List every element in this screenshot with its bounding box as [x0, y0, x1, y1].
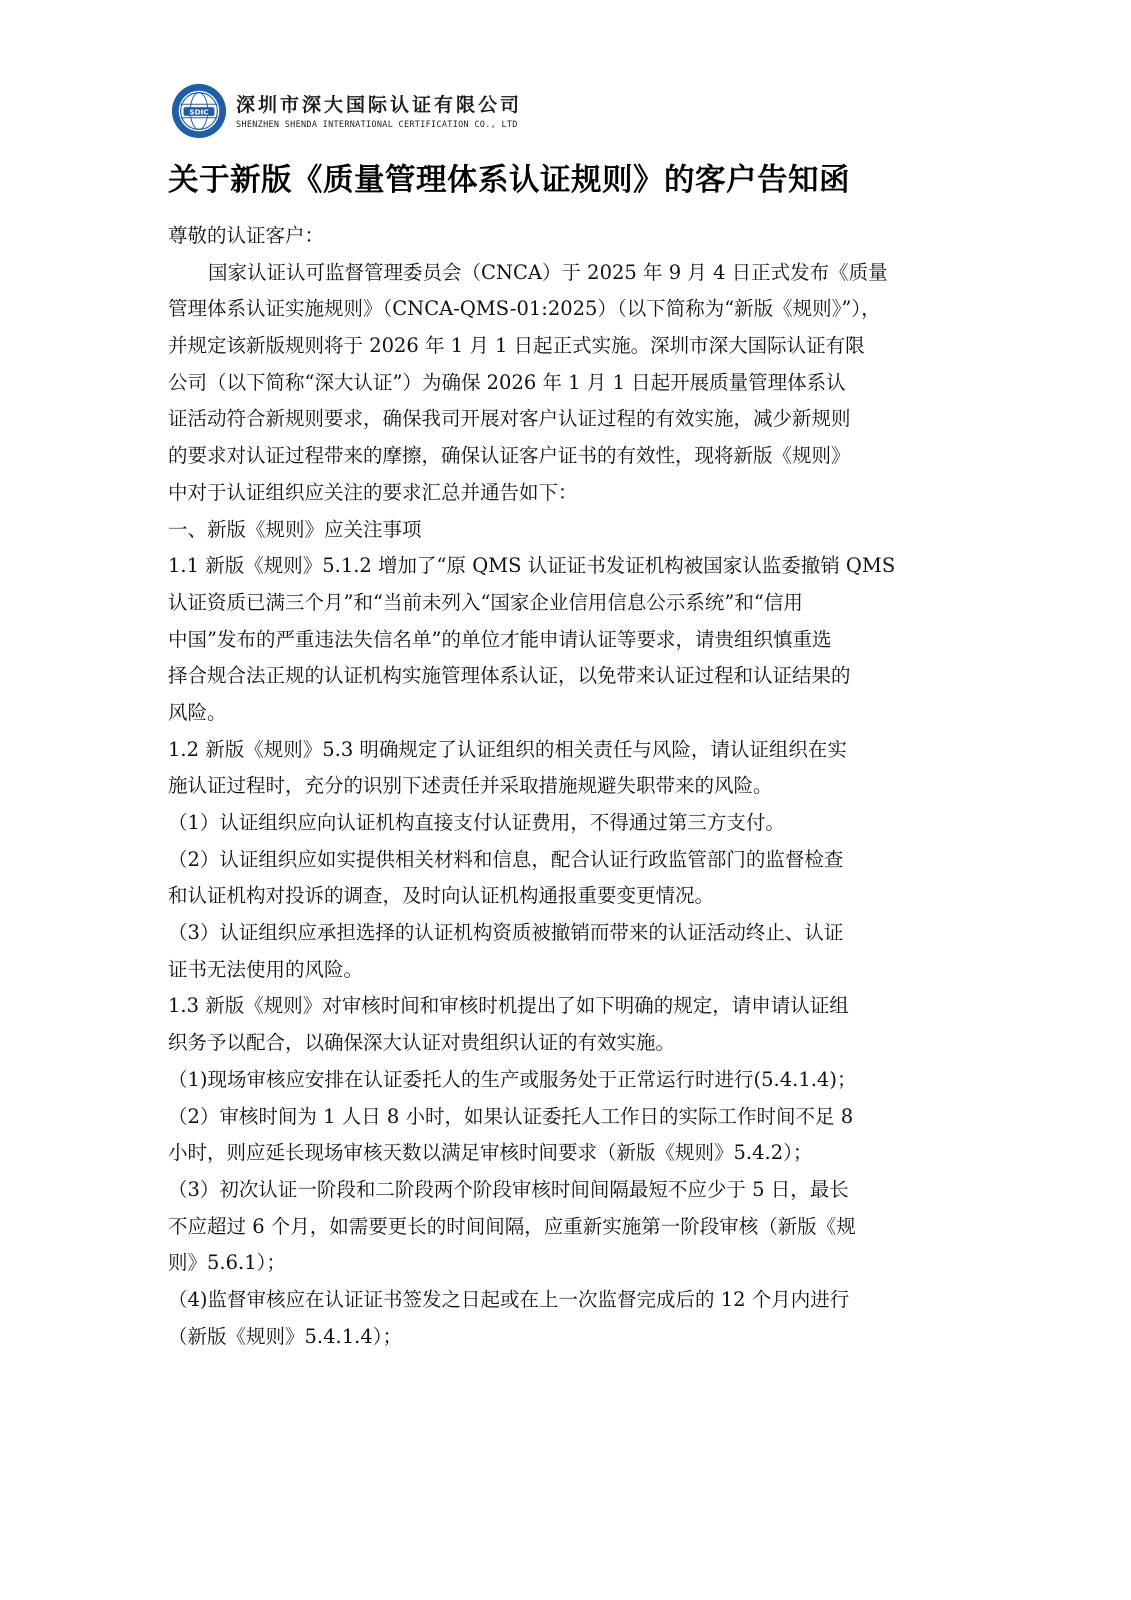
salutation: 尊敬的认证客户： — [168, 218, 943, 255]
clause-line: 织务予以配合，以确保深大认证对贵组织认证的有效实施。 — [168, 1025, 943, 1062]
clause-line: 施认证过程时，充分的识别下述责任并采取措施规避失职带来的风险。 — [168, 768, 943, 805]
paragraph-line: 国家认证认可监督管理委员会（CNCA）于 2025 年 9 月 4 日正式发布《… — [168, 255, 943, 292]
list-item-continuation: 证书无法使用的风险。 — [168, 952, 943, 989]
list-item-continuation: 不应超过 6 个月，如需要更长的时间间隔，应重新实施第一阶段审核（新版《规 — [168, 1209, 943, 1246]
list-item: （2）认证组织应如实提供相关材料和信息，配合认证行政监管部门的监督检查 — [168, 842, 943, 879]
clause-line: 1.3 新版《规则》对审核时间和审核时机提出了如下明确的规定，请申请认证组 — [168, 988, 943, 1025]
paragraph-line: 证活动符合新规则要求，确保我司开展对客户认证过程的有效实施，减少新规则 — [168, 401, 943, 438]
globe-certification-seal-icon: SDIC — [170, 82, 228, 140]
company-name-en: SHENZHEN SHENDA INTERNATIONAL CERTIFICAT… — [236, 120, 522, 130]
paragraph-line: 的要求对认证过程带来的摩擦，确保认证客户证书的有效性，现将新版《规则》 — [168, 438, 943, 475]
company-name-cn: 深圳市深大国际认证有限公司 — [236, 93, 522, 117]
list-item-continuation: 和认证机构对投诉的调查，及时向认证机构通报重要变更情况。 — [168, 878, 943, 915]
list-item: （1)现场审核应安排在认证委托人的生产或服务处于正常运行时进行(5.4.1.4)… — [168, 1062, 943, 1099]
clause-line: 1.1 新版《规则》5.1.2 增加了“原 QMS 认证证书发证机构被国家认监委… — [168, 548, 943, 585]
document-title: 关于新版《质量管理体系认证规则》的客户告知函 — [168, 155, 850, 199]
clause-line: 风险。 — [168, 695, 943, 732]
list-item: （4)监督审核应在认证证书签发之日起或在上一次监督完成后的 12 个月内进行 — [168, 1282, 943, 1319]
list-item: （1）认证组织应向认证机构直接支付认证费用，不得通过第三方支付。 — [168, 805, 943, 842]
clause-line: 中国”发布的严重违法失信名单”的单位才能申请认证等要求，请贵组织慎重选 — [168, 622, 943, 659]
list-item: （3）初次认证一阶段和二阶段两个阶段审核时间间隔最短不应少于 5 日，最长 — [168, 1172, 943, 1209]
paragraph-line: 并规定该新版规则将于 2026 年 1 月 1 日起正式实施。深圳市深大国际认证… — [168, 328, 943, 365]
paragraph-line: 管理体系认证实施规则》（CNCA-QMS-01:2025）（以下简称为“新版《规… — [168, 291, 943, 328]
list-item-continuation: 则》5.6.1）； — [168, 1245, 943, 1282]
clause-line: 择合规合法正规的认证机构实施管理体系认证，以免带来认证过程和认证结果的 — [168, 658, 943, 695]
clause-line: 认证资质已满三个月”和“当前未列入“国家企业信用信息公示系统”和“信用 — [168, 585, 943, 622]
section-heading: 一、新版《规则》应关注事项 — [168, 512, 943, 549]
company-block: 深圳市深大国际认证有限公司 SHENZHEN SHENDA INTERNATIO… — [236, 93, 522, 130]
logo-text: SDIC — [189, 107, 208, 116]
letterhead: SDIC 深圳市深大国际认证有限公司 SHENZHEN SHENDA INTER… — [170, 80, 522, 142]
document-body: 尊敬的认证客户： 国家认证认可监督管理委员会（CNCA）于 2025 年 9 月… — [168, 218, 943, 1355]
paragraph-line: 中对于认证组织应关注的要求汇总并通告如下： — [168, 475, 943, 512]
clause-line: 1.2 新版《规则》5.3 明确规定了认证组织的相关责任与风险，请认证组织在实 — [168, 732, 943, 769]
list-item: （3）认证组织应承担选择的认证机构资质被撤销而带来的认证活动终止、认证 — [168, 915, 943, 952]
list-item-continuation: （新版《规则》5.4.1.4）； — [168, 1319, 943, 1356]
list-item-continuation: 小时，则应延长现场审核天数以满足审核时间要求（新版《规则》5.4.2）； — [168, 1135, 943, 1172]
list-item: （2）审核时间为 1 人日 8 小时，如果认证委托人工作日的实际工作时间不足 8 — [168, 1099, 943, 1136]
paragraph-line: 公司（以下简称“深大认证”）为确保 2026 年 1 月 1 日起开展质量管理体… — [168, 365, 943, 402]
